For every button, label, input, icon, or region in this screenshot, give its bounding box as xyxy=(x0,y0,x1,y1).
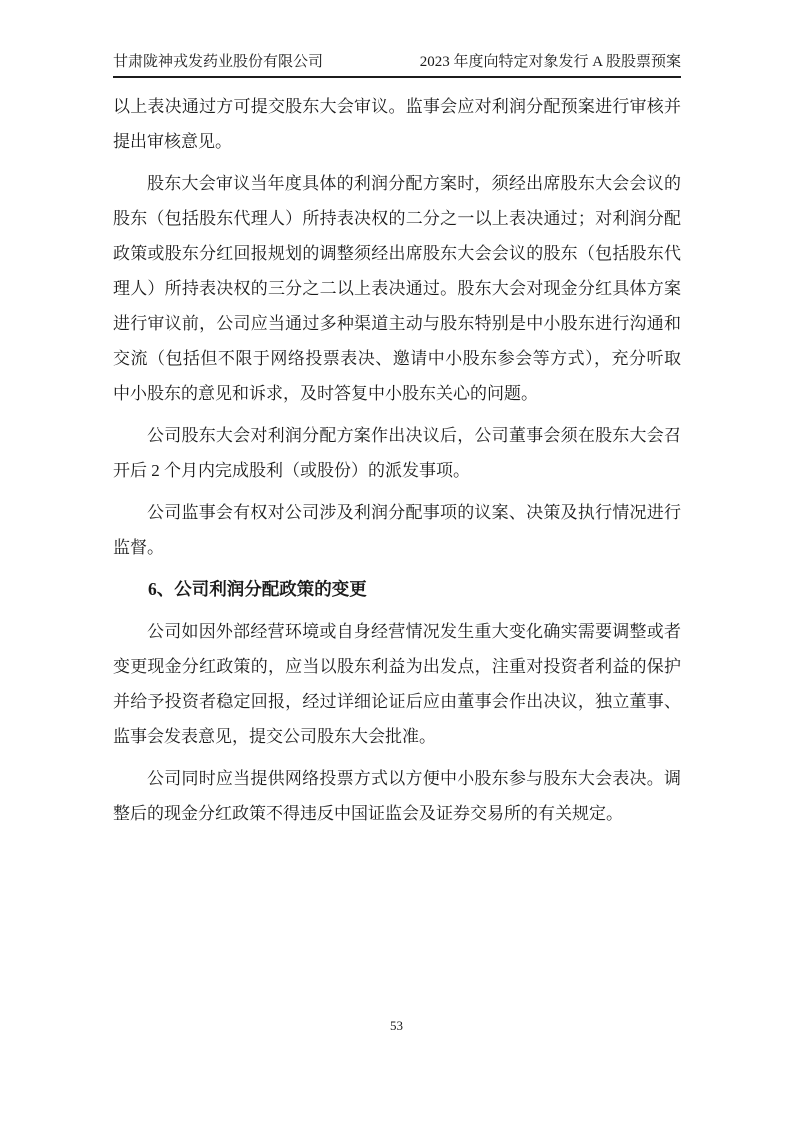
paragraph-shareholder-meeting-voting: 股东大会审议当年度具体的利润分配方案时，须经出席股东大会会议的股东（包括股东代理… xyxy=(113,166,681,411)
paragraph-dividend-payout-timeline: 公司股东大会对利润分配方案作出决议后，公司董事会须在股东大会召开后 2 个月内完… xyxy=(113,418,681,488)
section-heading-profit-policy-change: 6、公司利润分配政策的变更 xyxy=(113,572,681,607)
paragraph-policy-change-conditions: 公司如因外部经营环境或自身经营情况发生重大变化确实需要调整或者变更现金分红政策的… xyxy=(113,614,681,754)
header-company-name: 甘肃陇神戎发药业股份有限公司 xyxy=(113,50,323,71)
page-header: 甘肃陇神戎发药业股份有限公司 2023 年度向特定对象发行 A 股股票预案 xyxy=(113,50,681,78)
page-footer: 53 xyxy=(0,1018,793,1034)
document-page: 甘肃陇神戎发药业股份有限公司 2023 年度向特定对象发行 A 股股票预案 以上… xyxy=(0,0,793,1122)
document-body: 以上表决通过方可提交股东大会审议。监事会应对利润分配预案进行审核并提出审核意见。… xyxy=(113,77,681,838)
paragraph-review-continuation: 以上表决通过方可提交股东大会审议。监事会应对利润分配预案进行审核并提出审核意见。 xyxy=(113,89,681,159)
paragraph-online-voting-provision: 公司同时应当提供网络投票方式以方便中小股东参与股东大会表决。调整后的现金分红政策… xyxy=(113,761,681,831)
header-doc-title: 2023 年度向特定对象发行 A 股股票预案 xyxy=(420,50,681,71)
page-number: 53 xyxy=(390,1018,403,1033)
paragraph-supervisory-board-rights: 公司监事会有权对公司涉及利润分配事项的议案、决策及执行情况进行监督。 xyxy=(113,495,681,565)
